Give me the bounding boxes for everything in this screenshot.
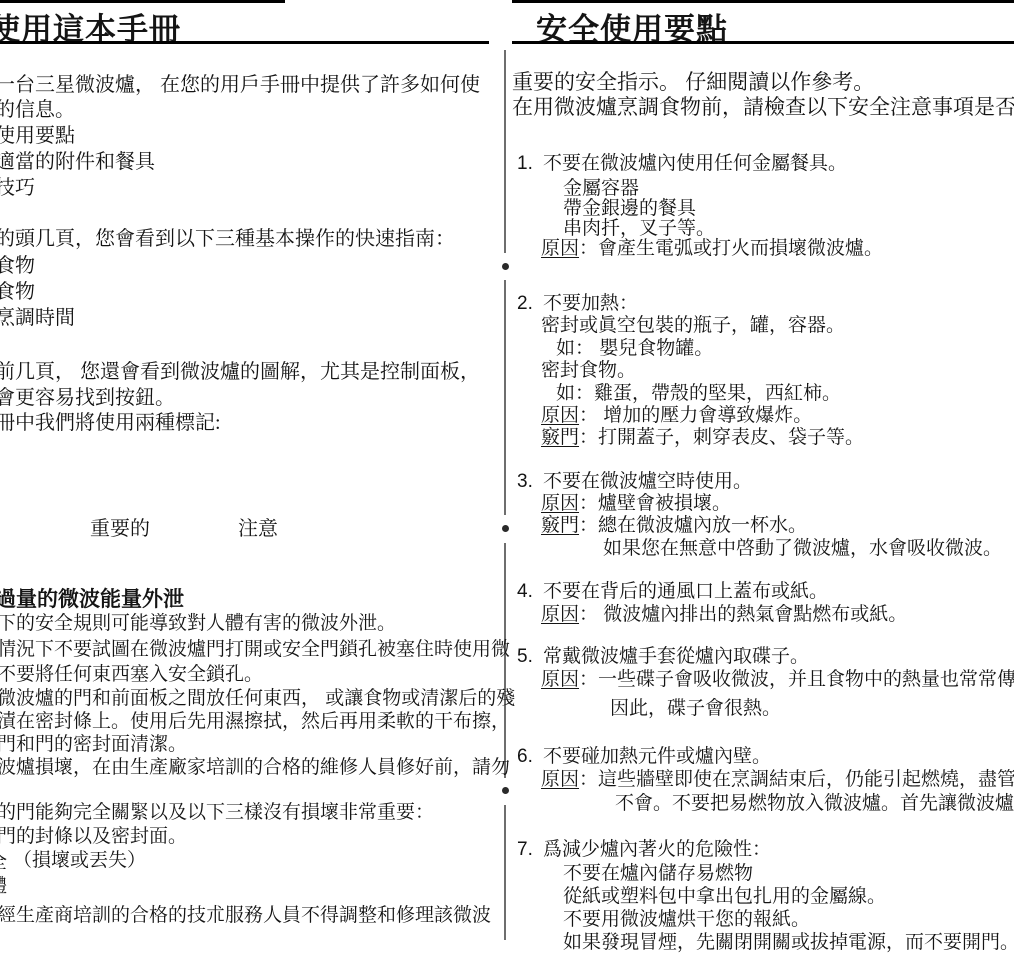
item-number: 5. bbox=[517, 646, 543, 668]
underlined-term: 竅門 bbox=[541, 515, 579, 536]
underlined-term: 原因 bbox=[541, 769, 579, 790]
left-title-top-rule bbox=[0, 0, 285, 3]
text-line: 原因：會產生電弧或打火而損壞微波爐。 bbox=[541, 233, 883, 260]
line-text: ：一些碟子會吸收微波，并且食物中的熱量也常常傳到 bbox=[579, 669, 1014, 690]
bullet-marker bbox=[502, 263, 509, 270]
text-line: 技巧 bbox=[0, 171, 35, 200]
line-text: ：會產生電弧或打火而損壞微波爐。 bbox=[579, 238, 883, 259]
underlined-term: 竅門 bbox=[541, 427, 579, 448]
text-line: 食物 bbox=[0, 249, 35, 278]
line-text: 如果發現冒煙，先關閉開關或拔掉電源，而不要開門。 bbox=[563, 932, 1014, 953]
text-line: 的頭几頁，您會看到以下三種基本操作的快速指南： bbox=[0, 222, 455, 251]
clipped-glyph-fragment: 體 bbox=[0, 871, 11, 895]
text-line: 原因： 微波爐內排出的熱氣會點燃布或紙。 bbox=[541, 599, 907, 626]
column-divider bbox=[504, 805, 506, 940]
column-divider bbox=[504, 280, 506, 515]
text-line: 的門能夠完全關緊以及以下三樣沒有損壞非常重要： bbox=[0, 797, 434, 824]
left-title-bottom-rule bbox=[0, 41, 489, 44]
text-line: 經生產商培訓的合格的技朮服務人員不得調整和修理該微波 bbox=[0, 900, 491, 927]
text-line: 不會。不要把易燃物放入微波爐。首先讓微波爐冷卻 bbox=[615, 788, 1014, 815]
line-text: ： 微波爐內排出的熱氣會點燃布或紙。 bbox=[579, 604, 907, 625]
text-line: 適當的附件和餐具 bbox=[0, 145, 155, 174]
text-line: 因此，碟子會很熱。 bbox=[610, 693, 781, 720]
text-line: 的信息。 bbox=[0, 93, 75, 122]
text-line: 下的安全規則可能導致對人體有害的微波外泄。 bbox=[0, 608, 396, 635]
item-number: 2. bbox=[517, 293, 543, 315]
text-line: 情況下不要試圖在微波爐門打開或安全門鎖孔被塞住時使用微 bbox=[0, 634, 510, 661]
text-line: 原因：這些牆壁即使在烹調結束后，仍能引起燃燒，盡管他 bbox=[541, 764, 1014, 791]
text-line: 波爐損壞，在由生產廠家培訓的合格的維修人員修好前，請勿 bbox=[0, 752, 510, 779]
item-number: 1. bbox=[517, 153, 543, 175]
line-text: ：打開蓋子，刺穿表皮、袋子等。 bbox=[579, 427, 864, 448]
line-text: 爲減少爐內著火的危險性： bbox=[543, 839, 771, 860]
underlined-term: 原因 bbox=[541, 669, 579, 690]
text-line: 不要將任何東西塞入安全鎖孔。 bbox=[0, 659, 263, 686]
right-title-top-rule bbox=[512, 0, 1014, 3]
text-line: 冊中我們將使用兩種標記: bbox=[0, 406, 221, 435]
line-text: 如果您在無意中啓動了微波爐，水會吸收微波。 bbox=[603, 538, 1002, 559]
list-item: 7.爲減少爐內著火的危險性： bbox=[517, 834, 771, 861]
line-text: 因此，碟子會很熱。 bbox=[610, 698, 781, 719]
line-text: 不要在微波爐內使用任何金屬餐具。 bbox=[543, 153, 847, 174]
underlined-term: 原因 bbox=[541, 238, 579, 259]
text-line: 如果發現冒煙，先關閉開關或拔掉電源，而不要開門。 bbox=[563, 927, 1014, 954]
text-line: 烹調時間 bbox=[0, 301, 75, 330]
text-line: 竅門：打開蓋子，刺穿表皮、袋子等。 bbox=[541, 422, 864, 449]
column-divider bbox=[504, 50, 506, 253]
text-line: 使用要點 bbox=[0, 119, 75, 148]
underlined-term: 原因 bbox=[541, 604, 579, 625]
important-tag: 重要的 bbox=[90, 512, 150, 541]
text-line: （損壞或丟失） bbox=[13, 845, 146, 872]
text-line: 原因：一些碟子會吸收微波，并且食物中的熱量也常常傳到 bbox=[541, 664, 1014, 691]
text-line: 食物 bbox=[0, 275, 35, 304]
line-text: ：這些牆壁即使在烹調結束后，仍能引起燃燒，盡管他 bbox=[579, 769, 1014, 790]
text-line: 前几頁， 您還會看到微波爐的圖解，尤其是控制面板， bbox=[0, 355, 480, 384]
text-line: 如果您在無意中啓動了微波爐，水會吸收微波。 bbox=[603, 533, 1002, 560]
line-text: 不會。不要把易燃物放入微波爐。首先讓微波爐冷卻 bbox=[615, 793, 1014, 814]
text-line: 在用微波爐烹調食物前，請檢查以下安全注意事項是否被 bbox=[512, 91, 1014, 121]
item-number: 6. bbox=[517, 746, 543, 768]
note-tag: 注意 bbox=[238, 512, 278, 541]
item-number: 3. bbox=[517, 471, 543, 493]
line-text: 在用微波爐烹調食物前，請檢查以下安全注意事項是否被 bbox=[512, 95, 1014, 119]
list-item: 1.不要在微波爐內使用任何金屬餐具。 bbox=[517, 148, 847, 175]
right-title-bottom-rule bbox=[512, 41, 1014, 44]
item-number: 7. bbox=[517, 839, 543, 861]
bullet-marker bbox=[502, 787, 509, 794]
text-line: 門的封條以及密封面。 bbox=[0, 821, 187, 848]
clipped-glyph-fragment: 全 bbox=[0, 847, 11, 871]
item-number: 4. bbox=[517, 581, 543, 603]
manual-page: { "left": { "title": "使用這本手冊", "tags": {… bbox=[0, 0, 1014, 954]
bullet-marker bbox=[502, 525, 509, 532]
